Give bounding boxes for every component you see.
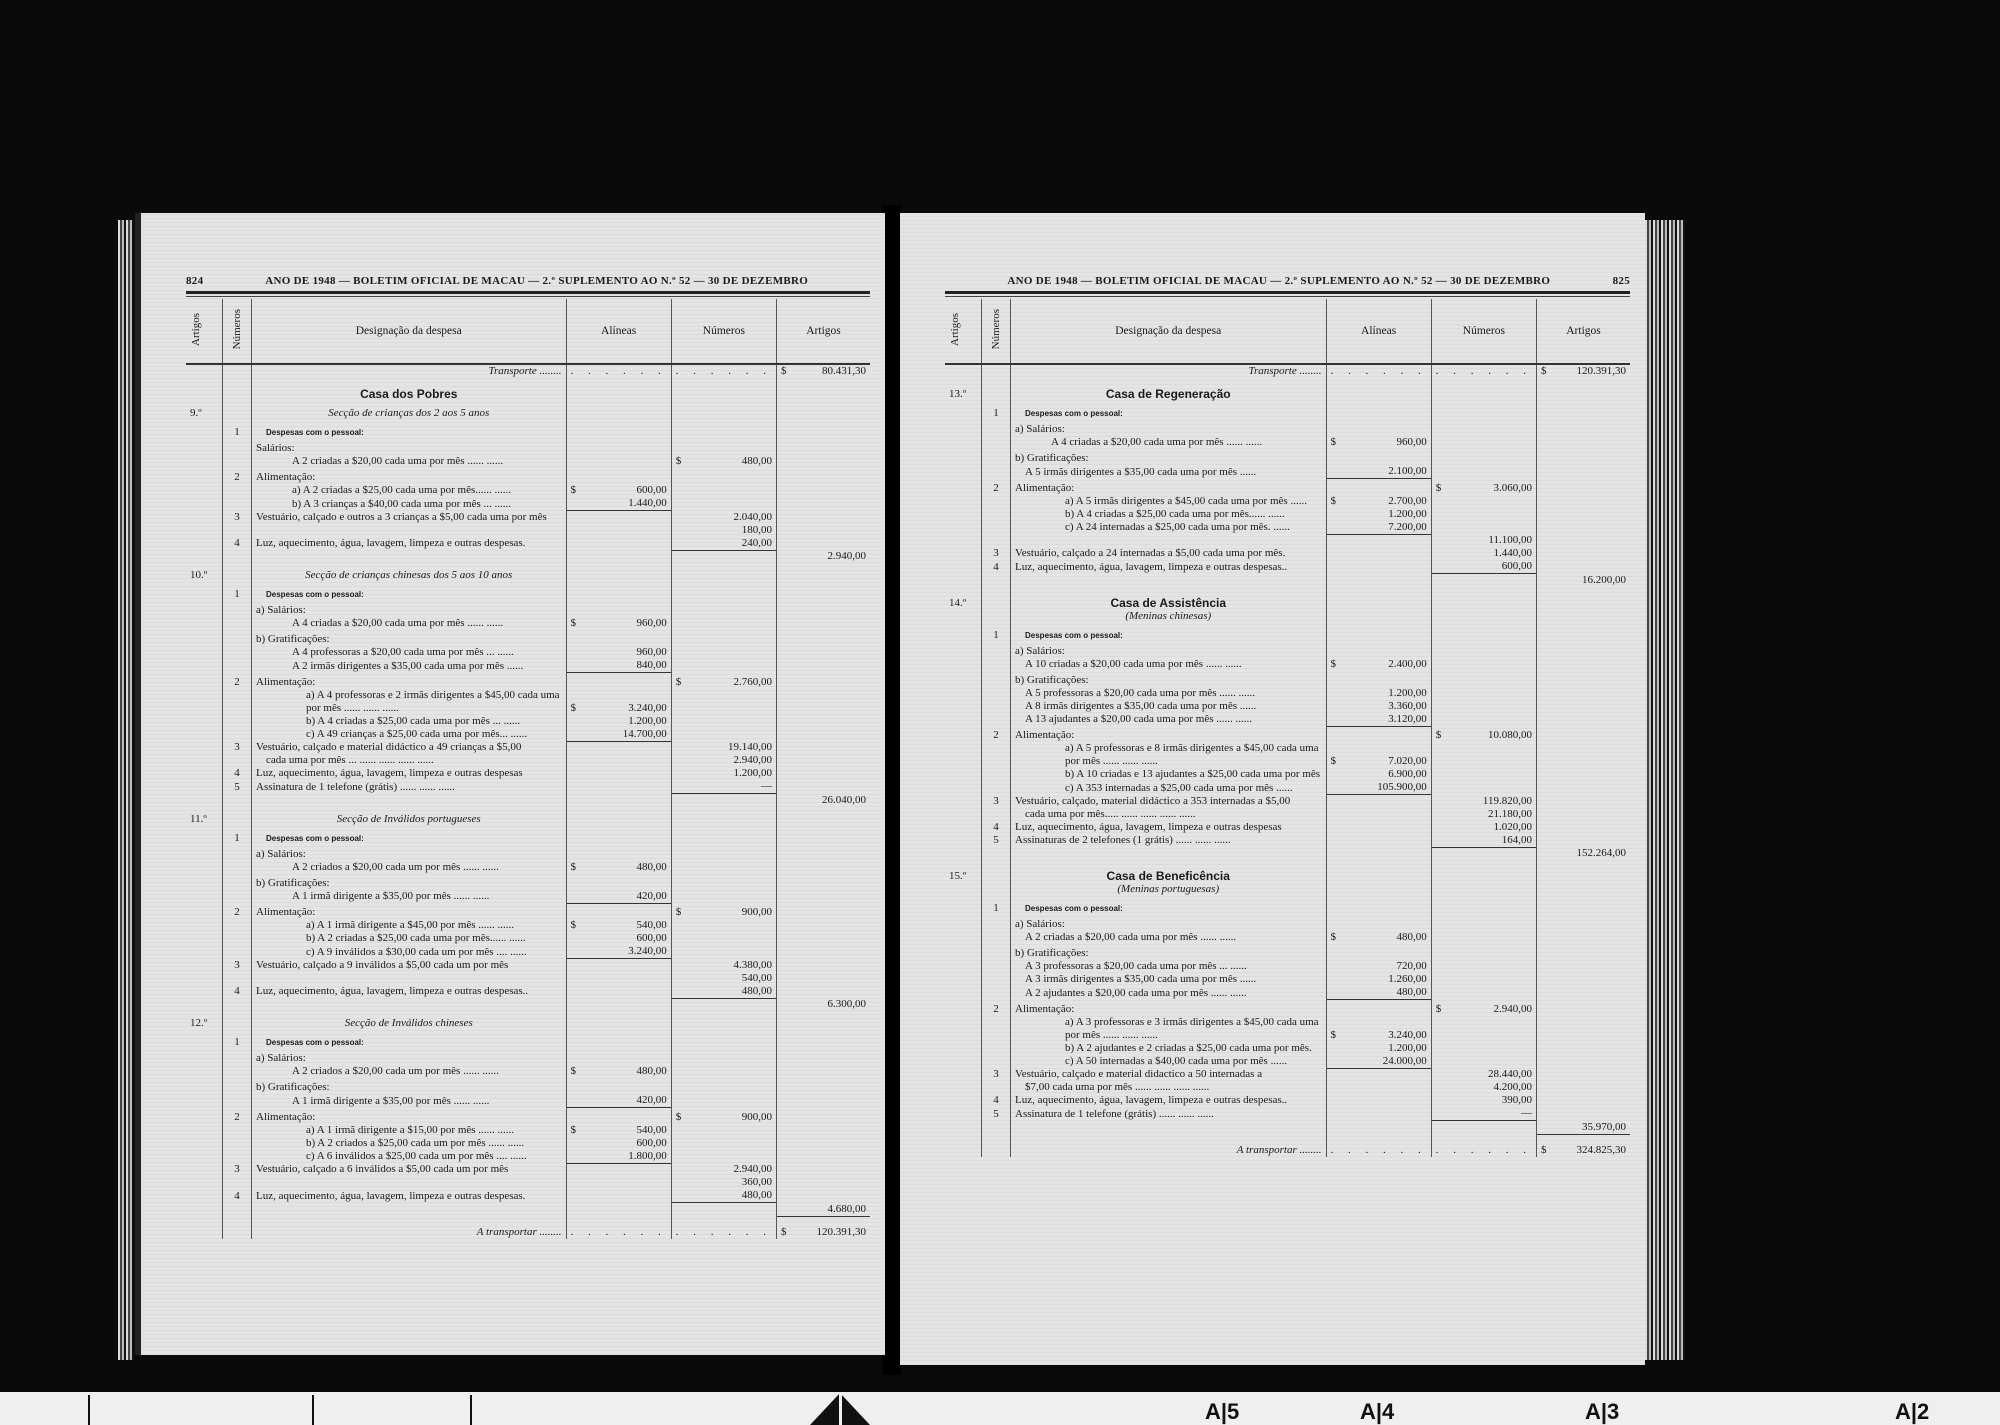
numero-cell (223, 630, 252, 646)
numeros-cell: — (1431, 1107, 1536, 1121)
table-row: 2Alimentação:$2.760,00 (186, 673, 870, 689)
alineas-cell (1326, 449, 1431, 465)
artigos-cell (777, 890, 871, 904)
transport-value: 120.391,30 (1577, 365, 1627, 377)
designation-cell: $7,00 cada uma por mês ...... ...... ...… (1011, 1081, 1327, 1094)
designation-cell: A 2 criadas a $20,00 cada uma por mês ..… (252, 455, 567, 468)
artigos-cell (1537, 479, 1631, 495)
numeros-value: 11.100,00 (1488, 534, 1532, 546)
artigos-cell (1537, 495, 1631, 508)
numero-cell (223, 807, 252, 826)
artigo-cell (945, 534, 982, 547)
table-row: A 10 criadas a $20,00 cada uma por mês .… (945, 658, 1630, 671)
numeros-value: 600,00 (1502, 560, 1532, 572)
artigos-cell (777, 484, 871, 497)
alineas-cell: $960,00 (1326, 436, 1431, 449)
numeros-cell: 180,00 (671, 524, 776, 537)
transport-row: Transporte ........ . . . . . .. . . . .… (186, 364, 870, 378)
numero-cell: 2 (223, 468, 252, 484)
designation-cell (1011, 1121, 1327, 1135)
artigos-cell (777, 537, 871, 551)
numeros-value: 1.020,00 (1494, 821, 1533, 833)
strip-mark: A|3 (1585, 1399, 1619, 1425)
numeros-value: 900,00 (742, 1111, 772, 1123)
numero-cell: 4 (223, 537, 252, 551)
artigo-cell (945, 1055, 982, 1069)
numero-cell (982, 508, 1011, 521)
numeros-cell (1431, 847, 1536, 860)
designation-cell: Despesas com o pessoal: (252, 420, 567, 439)
designation-cell: Luz, aquecimento, água, lavagem, limpeza… (1011, 1094, 1327, 1107)
alineas-cell (1326, 610, 1431, 623)
numeros-cell (671, 420, 776, 439)
designation-cell: a) Salários: (252, 1049, 567, 1065)
alineas-cell (566, 794, 671, 807)
artigos-cell (1537, 449, 1631, 465)
designation-cell: cada uma por mês ... ...... ...... .....… (252, 754, 567, 767)
dollar-sign: $ (1436, 482, 1442, 495)
numero-cell (982, 986, 1011, 1000)
designation-cell: Luz, aquecimento, água, lavagem, limpeza… (252, 1189, 567, 1203)
alineas-cell: $600,00 (566, 484, 671, 497)
numeros-cell (671, 1030, 776, 1049)
table-body: Transporte ........ . . . . . .. . . . .… (186, 364, 870, 1239)
alineas-cell: 960,00 (566, 646, 671, 659)
artigos-cell (777, 807, 871, 826)
designation-cell: (Meninas chinesas) (1011, 610, 1327, 623)
artigos-cell (777, 903, 871, 919)
designation-cell: A 8 irmãs dirigentes a $35,00 cada uma p… (1011, 700, 1327, 713)
artigos-cell (777, 874, 871, 890)
film-strip: A|5 A|4 A|3 A|2 (0, 1392, 2000, 1425)
artigo-cell (945, 508, 982, 521)
numeros-cell (671, 998, 776, 1011)
alineas-cell (566, 439, 671, 455)
numero-cell (982, 1042, 1011, 1055)
numeros-cell: 2.940,00 (671, 1163, 776, 1176)
artigos-value: 2.940,00 (828, 550, 867, 562)
alineas-cell: 7.200,00 (1326, 521, 1431, 535)
table-row: b) A 3 crianças a $40,00 cada uma por mê… (186, 497, 870, 511)
designation-cell: Alimentação: (1011, 1000, 1327, 1016)
section-row: 12.ºSecção de Inválidos chineses (186, 1011, 870, 1030)
table-row: a) A 5 professoras e 8 irmãs dirigentes … (945, 742, 1630, 768)
numeros-value: 3.060,00 (1494, 482, 1533, 494)
alineas-cell (566, 972, 671, 985)
numeros-cell (1431, 960, 1536, 973)
numeros-cell: $480,00 (671, 455, 776, 468)
artigo-cell (186, 484, 223, 497)
alineas-cell (566, 563, 671, 582)
artigo-cell (945, 495, 982, 508)
numeros-cell (1431, 860, 1536, 883)
alineas-cell: $3.240,00 (1326, 1016, 1431, 1042)
designation-cell: a) A 5 professoras e 8 irmãs dirigentes … (1011, 742, 1327, 768)
alineas-value: 480,00 (637, 861, 667, 873)
designation-cell: Assinatura de 1 telefone (grátis) ......… (252, 780, 567, 794)
alineas-cell (566, 468, 671, 484)
table-row: b) Gratificações: (186, 630, 870, 646)
left-page: 824 ANO DE 1948 — BOLETIM OFICIAL DE MAC… (135, 213, 885, 1355)
table-row: c) A 6 inválidos a $25,00 cada um por mê… (186, 1150, 870, 1164)
alineas-cell: 3.120,00 (1326, 713, 1431, 727)
header-rule-thin (186, 296, 870, 297)
numeros-value: 2.040,00 (734, 511, 773, 523)
alineas-value: 24.000,00 (1383, 1055, 1427, 1067)
artigo-cell (186, 741, 223, 754)
carry-label: A transportar ........ (1011, 1134, 1327, 1157)
artigos-cell (1537, 713, 1631, 727)
strip-tick (312, 1395, 314, 1425)
designation-cell: c) A 24 internadas a $25,00 cada uma por… (1011, 521, 1327, 535)
numeros-cell (1431, 687, 1536, 700)
table-row: 3Vestuário, calçado a 6 inválidos a $5,0… (186, 1163, 870, 1176)
designation-cell: Assinatura de 1 telefone (grátis) ......… (1011, 1107, 1327, 1121)
running-head: ANO DE 1948 — BOLETIM OFICIAL DE MACAU —… (945, 275, 1630, 287)
numeros-cell (1431, 883, 1536, 896)
artigo-cell: 15.º (945, 860, 982, 883)
artigo-cell (945, 795, 982, 808)
numeros-cell (671, 932, 776, 945)
numeros-value: — (1521, 1107, 1532, 1119)
artigos-cell (777, 1065, 871, 1078)
artigos-cell (1537, 521, 1631, 535)
numeros-cell (1431, 521, 1536, 535)
numero-cell (223, 794, 252, 807)
col-header-alineas: Alíneas (1326, 299, 1431, 364)
designation-cell: Despesas com o pessoal: (1011, 896, 1327, 915)
table-row: 3Vestuário, calçado e material didactico… (945, 1068, 1630, 1081)
numeros-value: 2.940,00 (1494, 1003, 1533, 1015)
designation-cell: Luz, aquecimento, água, lavagem, limpeza… (1011, 821, 1327, 834)
alineas-value: 7.020,00 (1388, 755, 1427, 767)
alineas-cell (566, 903, 671, 919)
dollar-sign: $ (781, 1226, 787, 1239)
artigos-cell (1537, 808, 1631, 821)
numeros-cell: $2.940,00 (1431, 1000, 1536, 1016)
designation-cell: b) A 4 criadas a $25,00 cada uma por mês… (252, 715, 567, 728)
artigo-cell (186, 630, 223, 646)
artigo-cell (945, 449, 982, 465)
carry-label: A transportar ........ (252, 1216, 567, 1239)
designation-cell: A 13 ajudantes a $20,00 cada uma por mês… (1011, 713, 1327, 727)
alineas-cell (1326, 896, 1431, 915)
artigos-cell (777, 455, 871, 468)
col-header-numeros-amount: Números (1431, 299, 1536, 364)
strip-mark: A|4 (1360, 1399, 1394, 1425)
artigo-cell (945, 610, 982, 623)
numeros-cell (1431, 1121, 1536, 1135)
artigo-cell (945, 420, 982, 436)
numero-cell: 3 (223, 1163, 252, 1176)
alineas-value: 600,00 (637, 1137, 667, 1149)
dot-leader: . . . . . . (566, 1216, 671, 1239)
table-row: 11.100,00 (945, 534, 1630, 547)
header-rule-thin (945, 296, 1630, 297)
alineas-cell (1326, 534, 1431, 547)
numeros-cell (1431, 465, 1536, 479)
table-row: a) A 3 professoras e 3 irmãs dirigentes … (945, 1016, 1630, 1042)
table-row: b) A 2 criados a $25,00 cada um por mês … (186, 1137, 870, 1150)
numeros-cell: $900,00 (671, 1108, 776, 1124)
artigos-cell (777, 563, 871, 582)
artigo-cell (945, 1107, 982, 1121)
alineas-cell (1326, 944, 1431, 960)
designation-cell: A 2 criados a $20,00 cada um por mês ...… (252, 861, 567, 874)
artigo-cell (186, 945, 223, 959)
table-row: A 4 professoras a $20,00 cada uma por mê… (186, 646, 870, 659)
numeros-value: 480,00 (742, 455, 772, 467)
numero-cell (223, 932, 252, 945)
artigo-cell (945, 1000, 982, 1016)
artigo-cell (945, 547, 982, 560)
artigo-cell (945, 808, 982, 821)
alineas-cell (1326, 726, 1431, 742)
alineas-cell (566, 780, 671, 794)
alineas-cell (1326, 821, 1431, 834)
numeros-cell (1431, 896, 1536, 915)
table-row: a) A 1 irmã dirigente a $45,00 por mês .… (186, 919, 870, 932)
alineas-cell (566, 1203, 671, 1217)
artigos-cell (1537, 671, 1631, 687)
alineas-value: 960,00 (637, 617, 667, 629)
artigos-cell (777, 524, 871, 537)
designation-cell: b) Gratificações: (1011, 449, 1327, 465)
artigos-cell (777, 972, 871, 985)
artigos-cell (1537, 944, 1631, 960)
artigo-cell (186, 728, 223, 742)
artigos-cell (777, 439, 871, 455)
artigos-cell: 26.040,00 (777, 794, 871, 807)
alineas-cell: 420,00 (566, 1094, 671, 1108)
numeros-cell (1431, 768, 1536, 781)
artigo-cell (945, 931, 982, 944)
numeros-cell (671, 1094, 776, 1108)
numero-cell (982, 521, 1011, 535)
alineas-cell: 3.360,00 (1326, 700, 1431, 713)
numero-cell (223, 689, 252, 715)
artigos-cell: 16.200,00 (1537, 574, 1631, 587)
table-row: cada uma por mês..... ...... ...... ....… (945, 808, 1630, 821)
artigo-cell (186, 617, 223, 630)
numero-cell (982, 420, 1011, 436)
designation-cell: (Meninas portuguesas) (1011, 883, 1327, 896)
numeros-cell: 4.200,00 (1431, 1081, 1536, 1094)
artigo-cell (945, 1068, 982, 1081)
alineas-cell (566, 1176, 671, 1189)
artigo-cell (186, 985, 223, 999)
artigos-cell: 35.970,00 (1537, 1121, 1631, 1135)
artigo-cell (945, 671, 982, 687)
artigo-cell (186, 1137, 223, 1150)
numeros-cell (1431, 700, 1536, 713)
table-row: 4Luz, aquecimento, água, lavagem, limpez… (945, 821, 1630, 834)
dollar-sign: $ (571, 861, 577, 874)
alineas-value: 3.360,00 (1388, 700, 1427, 712)
artigos-cell (1537, 860, 1631, 883)
alineas-cell (566, 524, 671, 537)
artigo-cell (186, 794, 223, 807)
numeros-cell (671, 728, 776, 742)
artigo-cell (945, 1121, 982, 1135)
table-row: a) Salários: (186, 601, 870, 617)
artigos-cell (777, 1150, 871, 1164)
alineas-cell: 600,00 (566, 1137, 671, 1150)
alineas-cell (1326, 1094, 1431, 1107)
numeros-cell: 480,00 (671, 985, 776, 999)
table-row: c) A 49 crianças a $25,00 cada uma por m… (186, 728, 870, 742)
numeros-cell (1431, 658, 1536, 671)
numero-cell: 4 (982, 1094, 1011, 1107)
dollar-sign: $ (1331, 658, 1337, 671)
numeros-cell (671, 401, 776, 420)
alineas-cell: 1.800,00 (566, 1150, 671, 1164)
table-row: 2Alimentação:$900,00 (186, 903, 870, 919)
table-row: 3Vestuário, calçado, material didáctico … (945, 795, 1630, 808)
designation-cell: Alimentação: (1011, 479, 1327, 495)
artigos-cell (777, 826, 871, 845)
artigos-cell (1537, 560, 1631, 574)
designation-cell: A 10 criadas a $20,00 cada uma por mês .… (1011, 658, 1327, 671)
table-row: 3Vestuário, calçado a 9 inválidos a $5,0… (186, 959, 870, 972)
artigos-cell (777, 1049, 871, 1065)
alineas-cell (566, 959, 671, 972)
numero-cell (223, 861, 252, 874)
numeros-cell (671, 715, 776, 728)
dollar-sign: $ (676, 455, 682, 468)
artigos-cell (1537, 973, 1631, 986)
table-row: A 3 irmãs dirigentes a $35,00 cada uma p… (945, 973, 1630, 986)
artigos-cell (1537, 960, 1631, 973)
artigo-cell (945, 436, 982, 449)
alineas-cell: 6.900,00 (1326, 768, 1431, 781)
artigo-cell (945, 896, 982, 915)
dollar-sign: $ (1331, 495, 1337, 508)
artigo-cell (186, 919, 223, 932)
numero-cell (223, 601, 252, 617)
numeros-cell (671, 826, 776, 845)
artigos-cell (1537, 508, 1631, 521)
alineas-cell: 2.100,00 (1326, 465, 1431, 479)
artigo-cell (186, 439, 223, 455)
section-row: 11.ºSecção de Inválidos portugueses (186, 807, 870, 826)
artigos-cell (1537, 378, 1631, 401)
numero-cell (982, 642, 1011, 658)
numeros-cell (671, 845, 776, 861)
designation-cell: c) A 9 inválidos a $30,00 cada um por mê… (252, 945, 567, 959)
alineas-cell (566, 1078, 671, 1094)
alineas-cell (566, 767, 671, 780)
numero-cell (223, 1150, 252, 1164)
table-row: 540,00 (186, 972, 870, 985)
table-row: 5Assinaturas de 2 telefones (1 grátis) .… (945, 834, 1630, 848)
alineas-cell: 105.900,00 (1326, 781, 1431, 795)
artigo-cell (945, 700, 982, 713)
alineas-cell (566, 741, 671, 754)
col-header-artigos-amount: Artigos (1537, 299, 1631, 364)
artigo-cell (186, 1163, 223, 1176)
table-body: Transporte ........ . . . . . .. . . . .… (945, 364, 1630, 1157)
designation-cell: Despesas com o pessoal: (1011, 401, 1327, 420)
artigo-cell (186, 767, 223, 780)
table-row: a) A 1 irmã dirigente a $15,00 por mês .… (186, 1124, 870, 1137)
numeros-cell (1431, 781, 1536, 795)
artigo-cell (945, 560, 982, 574)
alineas-cell: 1.200,00 (1326, 508, 1431, 521)
numeros-cell: 21.180,00 (1431, 808, 1536, 821)
alineas-value: 2.100,00 (1388, 465, 1427, 477)
table-row: b) A 4 criadas a $25,00 cada uma por mês… (945, 508, 1630, 521)
numeros-value: 19.140,00 (728, 741, 772, 753)
table-row: b) Gratificações: (186, 1078, 870, 1094)
table-row: 2Alimentação:$900,00 (186, 1108, 870, 1124)
table-row: (Meninas chinesas) (945, 610, 1630, 623)
artigo-cell (186, 378, 223, 401)
table-row: A 4 criadas a $20,00 cada uma por mês ..… (186, 617, 870, 630)
artigos-cell (777, 1137, 871, 1150)
numeros-cell: $2.760,00 (671, 673, 776, 689)
numero-cell (982, 931, 1011, 944)
numero-cell: 4 (223, 1189, 252, 1203)
carry-forward-row: A transportar ......... . . . . .. . . .… (186, 1216, 870, 1239)
numeros-cell: 119.820,00 (1431, 795, 1536, 808)
numeros-cell: 164,00 (1431, 834, 1536, 848)
artigos-cell (1537, 623, 1631, 642)
alineas-cell (1326, 795, 1431, 808)
designation-cell: b) Gratificações: (1011, 671, 1327, 687)
dollar-sign: $ (571, 919, 577, 932)
designation-cell: Despesas com o pessoal: (1011, 623, 1327, 642)
artigos-cell (1537, 915, 1631, 931)
artigo-cell (186, 826, 223, 845)
alineas-value: 1.200,00 (1388, 508, 1427, 520)
table-row: 1Despesas com o pessoal: (945, 401, 1630, 420)
alineas-cell (566, 378, 671, 401)
artigos-cell (777, 861, 871, 874)
artigos-cell (1537, 883, 1631, 896)
table-row: c) A 353 internadas a $25,00 cada uma po… (945, 781, 1630, 795)
table-row: 3Vestuário, calçado e material didáctico… (186, 741, 870, 754)
alineas-cell: $540,00 (566, 1124, 671, 1137)
section-row: 15.ºCasa de Beneficência (945, 860, 1630, 883)
designation-cell (252, 524, 567, 537)
alineas-cell (1326, 547, 1431, 560)
designation-cell: a) A 3 professoras e 3 irmãs dirigentes … (1011, 1016, 1327, 1042)
numeros-cell: 4.380,00 (671, 959, 776, 972)
designation-cell: b) Gratificações: (252, 1078, 567, 1094)
table-row: 2Alimentação:$3.060,00 (945, 479, 1630, 495)
artigo-cell (186, 754, 223, 767)
running-head-title: ANO DE 1948 — BOLETIM OFICIAL DE MACAU —… (945, 275, 1613, 287)
artigo-cell (945, 847, 982, 860)
designation-cell: Luz, aquecimento, água, lavagem, limpeza… (252, 985, 567, 999)
numeros-cell: 2.940,00 (671, 754, 776, 767)
numeros-cell (671, 646, 776, 659)
numeros-cell (671, 1137, 776, 1150)
numeros-cell (671, 601, 776, 617)
numeros-cell (1431, 944, 1536, 960)
carry-forward-row: A transportar ......... . . . . .. . . .… (945, 1134, 1630, 1157)
numero-cell (982, 915, 1011, 931)
numeros-value: 119.820,00 (1483, 795, 1532, 807)
table-row: A 4 criadas a $20,00 cada uma por mês ..… (945, 436, 1630, 449)
artigos-cell (777, 780, 871, 794)
numeros-value: 900,00 (742, 906, 772, 918)
designation-cell: b) A 10 criadas e 13 ajudantes a $25,00 … (1011, 768, 1327, 781)
numeros-cell (1431, 420, 1536, 436)
artigo-cell (186, 497, 223, 511)
alineas-cell: 1.200,00 (1326, 1042, 1431, 1055)
